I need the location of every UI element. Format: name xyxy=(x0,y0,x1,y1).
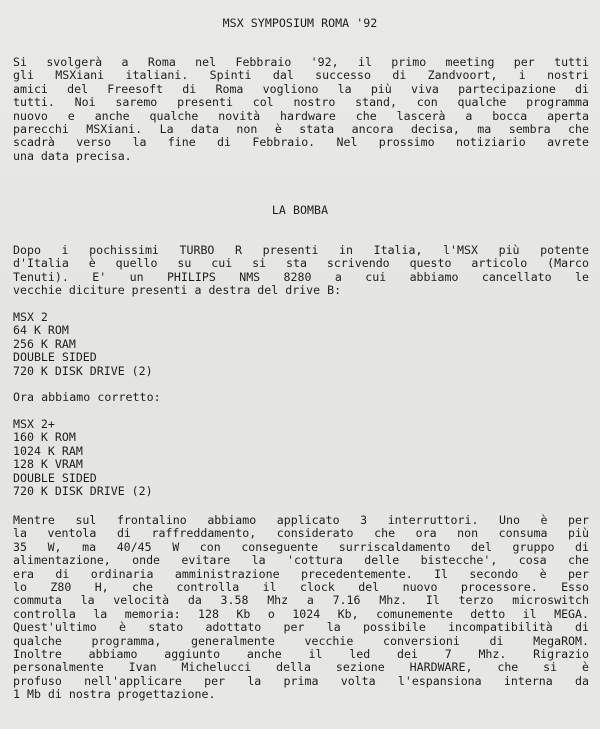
text-line: nuovo e anche qualche novità hardware ch… xyxy=(13,110,589,123)
text-line: Tenuti). E' un PHILIPS NMS 8280 a cui ab… xyxy=(13,271,589,284)
corrected-label: Ora abbiamo corretto: xyxy=(13,391,161,404)
text-line: 1 Mb di nostra progettazione. xyxy=(13,688,589,701)
text-line: DOUBLE SIDED xyxy=(13,472,589,485)
text-line: Si svolgerà a Roma nel Febbraio '92, il … xyxy=(13,56,589,69)
text-line: 35 W, ma 40/45 W con conseguente surrisc… xyxy=(13,541,589,554)
text-line: 160 K ROM xyxy=(13,431,589,444)
text-line: MSX 2 xyxy=(13,311,589,324)
text-line: controlla la memoria: 128 Kb o 1024 Kb, … xyxy=(13,608,589,621)
text-line: vecchie diciture presenti a destra del d… xyxy=(13,284,589,297)
text-line: gli MSXiani italiani. Spinti dal success… xyxy=(13,69,589,82)
document-page: MSX SYMPOSIUM ROMA '92 Si svolgerà a Rom… xyxy=(0,0,600,729)
section-title: LA BOMBA xyxy=(0,204,600,217)
text-line: DOUBLE SIDED xyxy=(13,351,589,364)
text-line: 256 K RAM xyxy=(13,338,589,351)
text-line: era di ordinaria amministrazione precede… xyxy=(13,568,589,581)
text-line: una data precisa. xyxy=(13,150,589,163)
text-line: Quest'ultimo è stato adottato per la pos… xyxy=(13,621,589,634)
text-line: 64 K ROM xyxy=(13,324,589,337)
paragraph-bomba-intro: Dopo i pochissimi TURBO R presenti in It… xyxy=(13,244,589,298)
text-line: d'Italia è quello su cui si sta scrivend… xyxy=(13,257,589,270)
text-line: personalmente Ivan Michelucci della sezi… xyxy=(13,661,589,674)
text-line: qualche programma, generalmente vecchie … xyxy=(13,635,589,648)
text-line: 720 K DISK DRIVE (2) xyxy=(13,365,589,378)
text-line: amici del Freesoft di Roma vogliono la p… xyxy=(13,83,589,96)
text-line: 720 K DISK DRIVE (2) xyxy=(13,485,589,498)
text-line: scadrà verso la fine di Febbraio. Nel pr… xyxy=(13,136,589,149)
article-title: MSX SYMPOSIUM ROMA '92 xyxy=(0,17,600,30)
text-line: la ventola di raffreddamento, considerat… xyxy=(13,527,589,540)
paragraph-symposium: Si svolgerà a Roma nel Febbraio '92, il … xyxy=(13,56,589,163)
text-line: alimentazione, onde evitare la 'cottura … xyxy=(13,554,589,567)
old-specs-list: MSX 264 K ROM256 K RAMDOUBLE SIDED720 K … xyxy=(13,311,589,378)
text-line: Mentre sul frontalino abbiamo applicato … xyxy=(13,514,589,527)
text-line: commuta la velocità da 3.58 Mhz a 7.16 M… xyxy=(13,594,589,607)
text-line: 128 K VRAM xyxy=(13,458,589,471)
text-line: 1024 K RAM xyxy=(13,445,589,458)
text-line: Inoltre abbiamo aggiunto anche il led de… xyxy=(13,648,589,661)
text-line: tutti. Noi saremo presenti col nostro st… xyxy=(13,96,589,109)
text-line: MSX 2+ xyxy=(13,418,589,431)
text-line: Dopo i pochissimi TURBO R presenti in It… xyxy=(13,244,589,257)
text-line: parecchi MSXiani. La data non è stata an… xyxy=(13,123,589,136)
text-line: lo Z80 H, che controlla il clock del nuo… xyxy=(13,581,589,594)
paragraph-switches: Mentre sul frontalino abbiamo applicato … xyxy=(13,514,589,701)
text-line: profuso nell'applicare per la prima volt… xyxy=(13,675,589,688)
new-specs-list: MSX 2+160 K ROM1024 K RAM128 K VRAMDOUBL… xyxy=(13,418,589,498)
